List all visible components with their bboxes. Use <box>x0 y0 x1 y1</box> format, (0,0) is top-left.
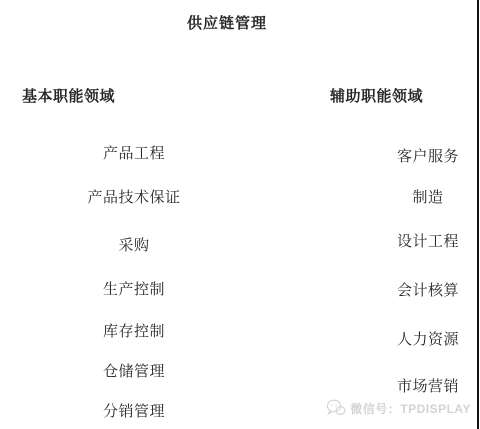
functional-area-item: 设计工程 <box>328 234 480 250</box>
functional-area-item: 客户服务 <box>328 149 480 165</box>
functional-area-item: 分销管理 <box>34 404 234 420</box>
functional-area-item: 采购 <box>34 238 234 254</box>
watermark-text: 微信号：TPDISPLAY <box>350 400 471 417</box>
wechat-icon <box>326 399 346 417</box>
functional-area-item: 市场营销 <box>328 379 480 395</box>
watermark: 微信号：TPDISPLAY <box>326 399 471 417</box>
functional-area-item: 产品工程 <box>34 146 234 162</box>
page-title: 供应链管理 <box>0 12 454 33</box>
functional-area-item: 会计核算 <box>328 283 480 299</box>
functional-area-item: 生产控制 <box>34 282 234 298</box>
functional-area-item: 制造 <box>328 190 480 206</box>
right-column-header: 辅助职能领域 <box>330 85 423 106</box>
functional-area-item: 人力资源 <box>328 332 480 348</box>
left-column-header: 基本职能领域 <box>22 85 115 106</box>
diagram-canvas: 供应链管理 基本职能领域 辅助职能领域 产品工程 产品技术保证 采购 生产控制 … <box>0 0 480 429</box>
functional-area-item: 库存控制 <box>34 324 234 340</box>
functional-area-item: 产品技术保证 <box>34 190 234 206</box>
functional-area-item: 仓储管理 <box>34 364 234 380</box>
right-border-line <box>477 0 479 429</box>
